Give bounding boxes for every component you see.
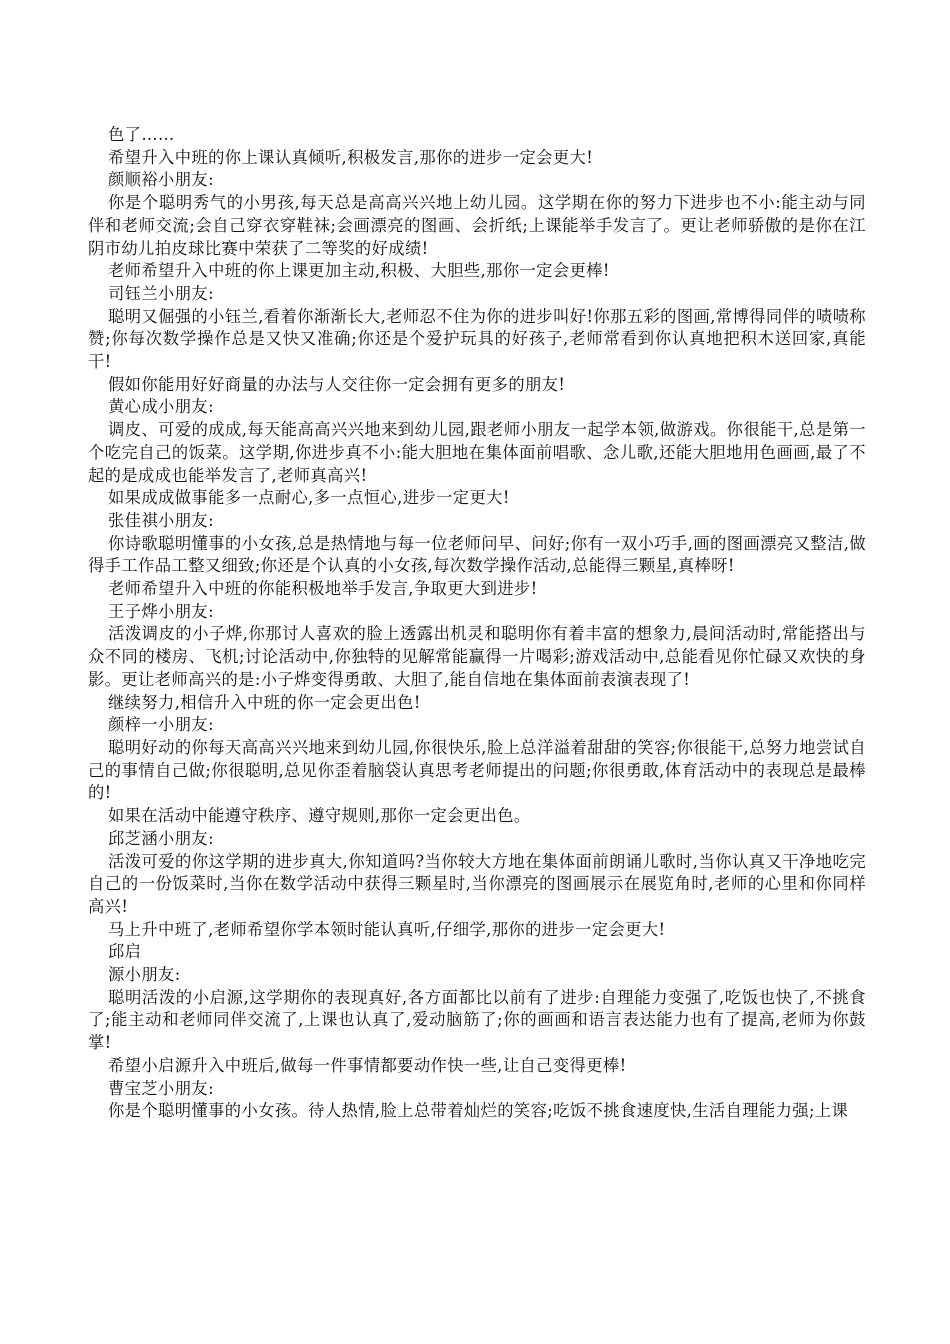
paragraph-comment: 你是个聪明秀气的小男孩,每天总是高高兴兴地上幼儿园。这学期在你的努力下进步也不小…	[88, 192, 866, 260]
paragraph-wish: 希望升入中班的你上课认真倾听,积极发言,那你的进步一定会更大!	[88, 147, 866, 170]
paragraph-comment: 聪明又倔强的小钰兰,看着你渐渐长大,老师忍不住为你的进步叫好!你那五彩的图画,常…	[88, 306, 866, 374]
paragraph-comment: 聪明好动的你每天高高兴兴地来到幼儿园,你很快乐,脸上总洋溢着甜甜的笑容;你很能干…	[88, 737, 866, 805]
child-name-heading: 张佳祺小朋友:	[88, 510, 866, 533]
paragraph-wish: 如果成成做事能多一点耐心,多一点恒心,进步一定更大!	[88, 487, 866, 510]
child-name-heading: 黄心成小朋友:	[88, 396, 866, 419]
paragraph-comment: 调皮、可爱的成成,每天能高高兴兴地来到幼儿园,跟老师小朋友一起学本领,做游戏。你…	[88, 419, 866, 487]
paragraph-wish: 老师希望升入中班的你能积极地举手发言,争取更大到进步!	[88, 578, 866, 601]
paragraph-comment: 活泼可爱的你这学期的进步真大,你知道吗?当你较大方地在集体面前朗诵儿歌时,当你认…	[88, 851, 866, 919]
paragraph-wish: 假如你能用好好商量的办法与人交往你一定会拥有更多的朋友!	[88, 374, 866, 397]
paragraph-wish: 如果在活动中能遵守秩序、遵守规则,那你一定会更出色。	[88, 805, 866, 828]
paragraph-wish: 希望小启源升入中班后,做每一件事情都要动作快一些,让自己变得更棒!	[88, 1055, 866, 1078]
paragraph-wish: 继续努力,相信升入中班的你一定会更出色!	[88, 692, 866, 715]
child-name-heading: 王子烨小朋友:	[88, 601, 866, 624]
child-name-heading: 颜顺裕小朋友:	[88, 169, 866, 192]
child-name-heading-part2: 源小朋友:	[88, 964, 866, 987]
paragraph-wish: 老师希望升入中班的你上课更加主动,积极、大胆些,那你一定会更棒!	[88, 260, 866, 283]
paragraph-comment: 聪明活泼的小启源,这学期你的表现真好,各方面都比以前有了进步:自理能力变强了,吃…	[88, 987, 866, 1055]
paragraph-comment: 你是个聪明懂事的小女孩。待人热情,脸上总带着灿烂的笑容;吃饭不挑食速度快,生活自…	[88, 1100, 866, 1123]
paragraph-comment: 你诗歌聪明懂事的小女孩,总是热情地与每一位老师问早、问好;你有一双小巧手,画的图…	[88, 533, 866, 578]
child-name-heading: 曹宝芝小朋友:	[88, 1078, 866, 1101]
paragraph-continuation: 色了……	[88, 124, 866, 147]
child-name-heading: 司钰兰小朋友:	[88, 283, 866, 306]
paragraph-wish: 马上升中班了,老师希望你学本领时能认真听,仔细学,那你的进步一定会更大!	[88, 919, 866, 942]
document-page: 色了…… 希望升入中班的你上课认真倾听,积极发言,那你的进步一定会更大! 颜顺裕…	[88, 124, 866, 1123]
child-name-heading: 邱芝涵小朋友:	[88, 828, 866, 851]
paragraph-comment: 活泼调皮的小子烨,你那讨人喜欢的脸上透露出机灵和聪明你有着丰富的想象力,晨间活动…	[88, 623, 866, 691]
child-name-heading-part1: 邱启	[88, 941, 866, 964]
child-name-heading: 颜梓一小朋友:	[88, 714, 866, 737]
